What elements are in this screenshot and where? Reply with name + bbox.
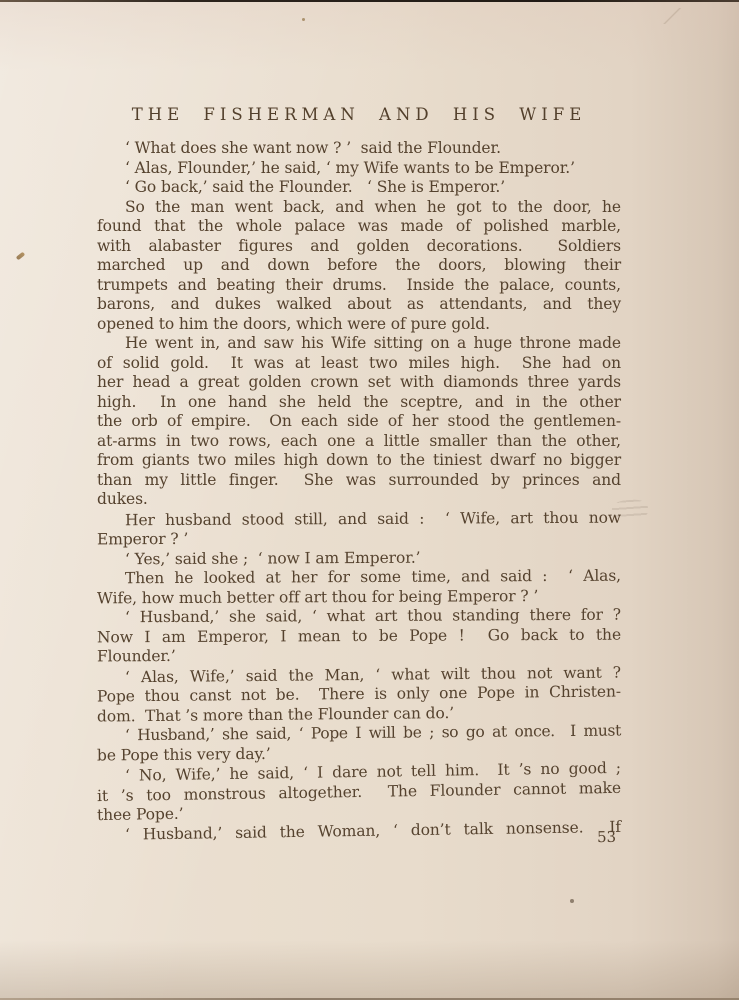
chapter-title: THE FISHERMAN AND HIS WIFE bbox=[97, 105, 621, 125]
text-line: ‘ Go back,’ said the Flounder. ‘ She is … bbox=[97, 178, 621, 198]
text-line: ‘ Alas, Flounder,’ he said, ‘ my Wife wa… bbox=[97, 159, 621, 179]
text-line: ‘ Husband,’ she said, ‘ what art thou st… bbox=[97, 606, 621, 628]
text-line: barons, and dukes walked about as attend… bbox=[97, 295, 621, 315]
text-line: the orb of empire. On each side of her s… bbox=[97, 412, 621, 432]
paper-fleck bbox=[16, 252, 26, 261]
text-line: He went in, and saw his Wife sitting on … bbox=[97, 334, 621, 354]
text-line: found that the whole palace was made of … bbox=[97, 217, 621, 237]
page-content: THE FISHERMAN AND HIS WIFE ‘ What does s… bbox=[97, 105, 621, 841]
text-line: her head a great golden crown set with d… bbox=[97, 373, 621, 393]
text-line: opened to him the doors, which were of p… bbox=[97, 315, 621, 335]
paper-speck bbox=[570, 899, 574, 903]
text-line: high. In one hand she held the sceptre, … bbox=[97, 393, 621, 413]
text-block: ‘ What does she want now ? ’ said the Fl… bbox=[97, 139, 621, 841]
book-page-scan: THE FISHERMAN AND HIS WIFE ‘ What does s… bbox=[0, 0, 739, 1000]
text-line: Then he looked at her for some time, and… bbox=[97, 567, 621, 589]
text-line: trumpets and beating their drums. Inside… bbox=[97, 276, 621, 296]
paper-speck bbox=[302, 18, 305, 21]
text-line: from giants two miles high down to the t… bbox=[97, 451, 621, 471]
text-line: Her husband stood still, and said : ‘ Wi… bbox=[97, 508, 621, 530]
text-line: So the man went back, and when he got to… bbox=[97, 198, 621, 218]
text-line: Wife, how much better off art thou for b… bbox=[97, 586, 621, 608]
text-line: Now I am Emperor, I mean to be Pope ! Go… bbox=[97, 625, 621, 647]
photo-edge-top bbox=[0, 0, 739, 2]
page-number: 53 bbox=[597, 828, 616, 846]
text-line: ‘ What does she want now ? ’ said the Fl… bbox=[97, 139, 621, 159]
text-line: than my little finger. She was surrounde… bbox=[97, 471, 621, 491]
text-line: Emperor ? ’ bbox=[97, 528, 621, 550]
paper-scratch bbox=[660, 8, 686, 24]
text-line: ‘ Yes,’ said she ; ‘ now I am Emperor.’ bbox=[97, 547, 621, 569]
text-line: dukes. bbox=[97, 490, 621, 510]
text-line: marched up and down before the doors, bl… bbox=[97, 256, 621, 276]
text-line: with alabaster figures and golden decora… bbox=[97, 237, 621, 257]
text-line: of solid gold. It was at least two miles… bbox=[97, 354, 621, 374]
text-line: at-arms in two rows, each one a little s… bbox=[97, 432, 621, 452]
